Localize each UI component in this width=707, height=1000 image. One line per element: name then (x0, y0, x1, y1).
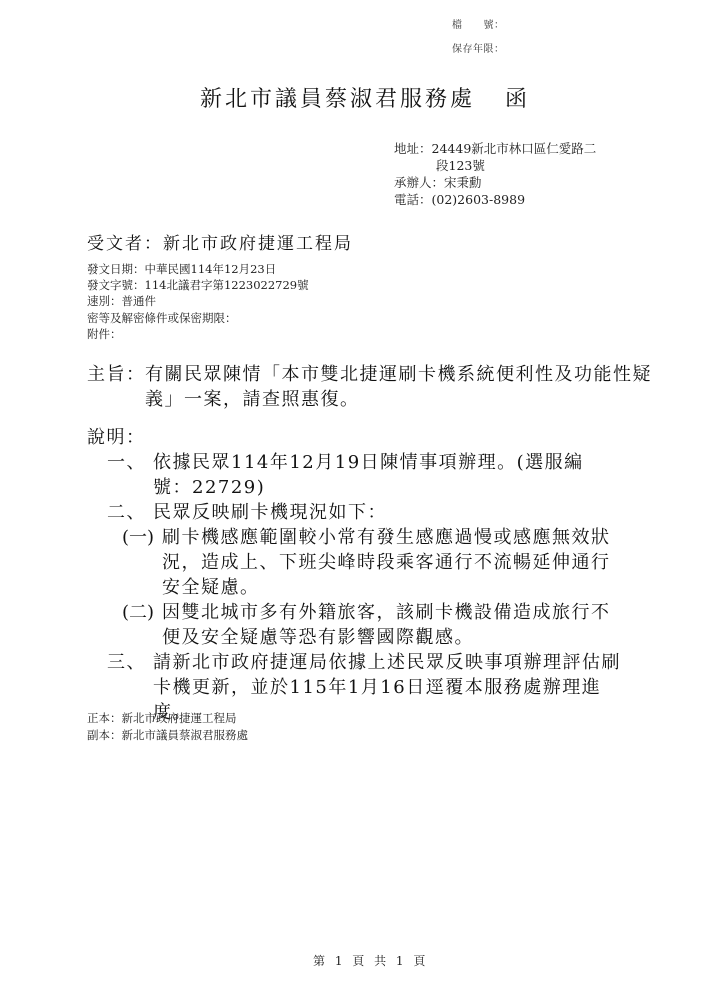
explanation-label: 說明： (87, 425, 146, 450)
item-marker-1: 一、 (107, 450, 146, 475)
item-marker-3: 三、 (107, 650, 146, 675)
phone-value: (02)2603-8989 (432, 192, 526, 207)
document-title: 新北市議員蔡淑君服務處函 (200, 82, 530, 113)
doc-number: 114北議君字第1223022729號 (145, 278, 309, 292)
speed-row: 速別：普通件 (87, 293, 309, 309)
file-number-label: 檔 號： (452, 16, 505, 31)
document-type: 函 (505, 87, 530, 112)
speed-value: 普通件 (122, 294, 157, 308)
subitem-marker-1: (一) (122, 525, 154, 550)
attachment-row: 附件： (87, 326, 309, 342)
sender-info: 地址：24449新北市林口區仁愛路二 段123號 承辦人：宋秉勳 電話：(02)… (394, 140, 596, 208)
retention-period-label: 保存年限： (452, 40, 505, 55)
doc-number-row: 發文字號：114北議君字第1223022729號 (87, 277, 309, 293)
distribution: 正本：新北市政府捷運工程局 副本：新北市議員蔡淑君服務處 (87, 710, 248, 744)
page-number: 第 1 頁 共 1 頁 (313, 952, 428, 969)
address-row-cont: 段123號 (394, 157, 596, 174)
address-row: 地址：24449新北市林口區仁愛路二 (394, 140, 596, 157)
subitem-marker-2: (二) (122, 600, 154, 625)
recipient: 受文者：新北市政府捷運工程局 (87, 229, 353, 254)
item-text-2: 民眾反映刷卡機現況如下： (153, 500, 387, 525)
issue-date: 中華民國114年12月23日 (145, 262, 277, 276)
phone-row: 電話：(02)2603-8989 (394, 191, 596, 208)
original-recipient-row: 正本：新北市政府捷運工程局 (87, 710, 248, 727)
subitem-text-1: 刷卡機感應範圍較小常有發生感應過慢或感應無效狀況，造成上、下班尖峰時段乘客通行不… (162, 525, 622, 600)
recipient-value: 新北市政府捷運工程局 (163, 234, 353, 254)
office-name: 新北市議員蔡淑君服務處 (200, 87, 475, 112)
subitem-text-2: 因雙北城市多有外籍旅客，該刷卡機設備造成旅行不便及安全疑慮等恐有影響國際觀感。 (162, 600, 622, 650)
issue-date-row: 發文日期：中華民國114年12月23日 (87, 261, 309, 277)
document-meta: 發文日期：中華民國114年12月23日 發文字號：114北議君字第1223022… (87, 261, 309, 342)
address-value: 24449新北市林口區仁愛路二 (432, 141, 597, 156)
subject-text: 有關民眾陳情「本市雙北捷運刷卡機系統便利性及功能性疑義」一案，請查照惠復。 (145, 362, 665, 412)
classification-row: 密等及解密條件或保密期限： (87, 310, 309, 326)
copy-recipient: 新北市議員蔡淑君服務處 (122, 728, 249, 742)
original-recipient: 新北市政府捷運工程局 (122, 711, 237, 725)
handler-value: 宋秉勳 (444, 175, 482, 190)
item-text-1: 依據民眾114年12月19日陳情事項辦理。(選服編號：22729) (153, 450, 593, 500)
handler-row: 承辦人：宋秉勳 (394, 174, 596, 191)
item-marker-2: 二、 (107, 500, 146, 525)
recipient-label: 受文者： (87, 234, 163, 254)
copy-recipient-row: 副本：新北市議員蔡淑君服務處 (87, 727, 248, 744)
subject-label: 主旨： (87, 362, 146, 387)
